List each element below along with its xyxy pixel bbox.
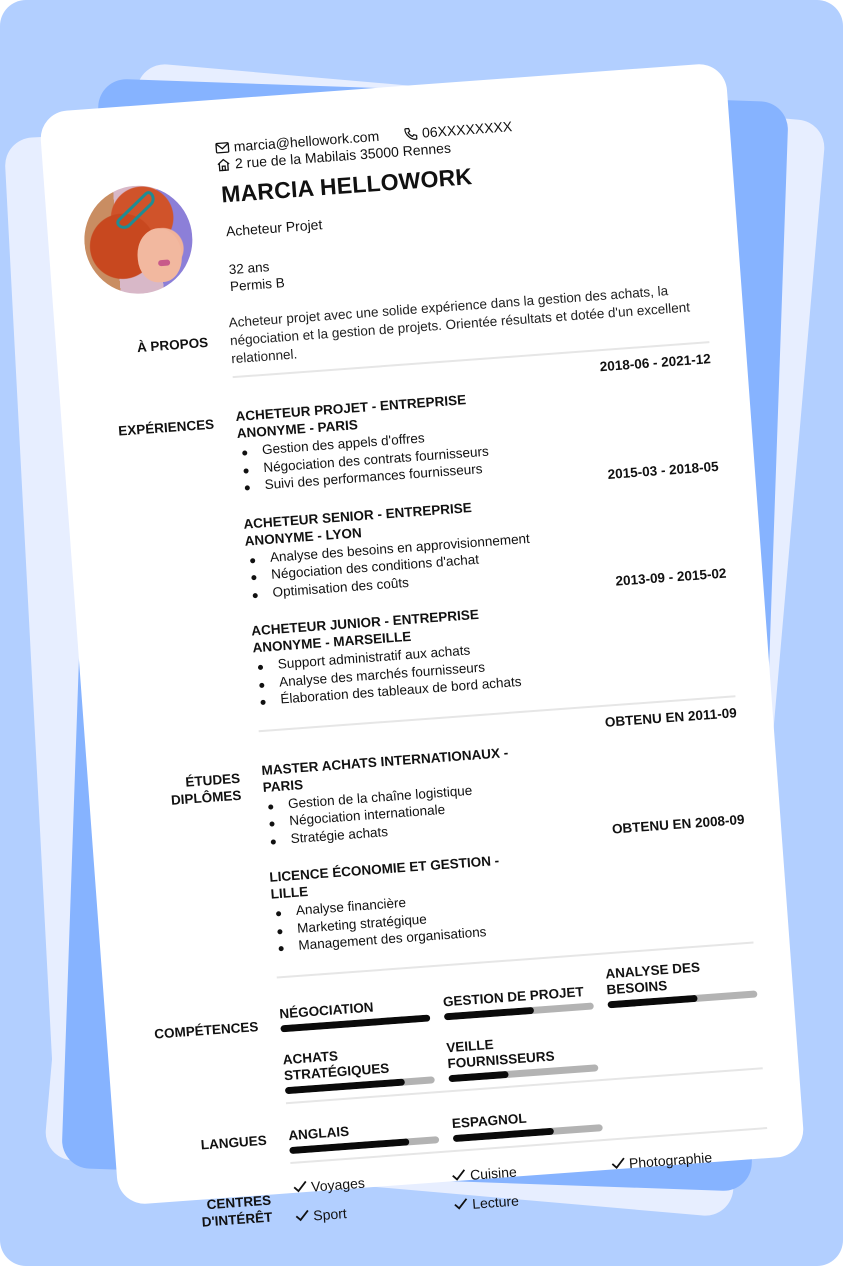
- education-list: OBTENU EN 2011-09Master Achats Internati…: [261, 727, 753, 968]
- section-skills: COMPÉTENCES NégociationGestion de projet…: [140, 951, 762, 1104]
- avatar-face: [136, 227, 184, 284]
- interest-label: Voyages: [311, 1175, 366, 1195]
- section-label-education: ÉTUDES DIPLÔMES: [123, 762, 276, 979]
- checkmark-icon: [294, 1207, 311, 1225]
- skill-item: Gestion de projet: [441, 967, 594, 1020]
- personal-details: 32 ans Permis B: [228, 257, 285, 295]
- section-label-about: À PROPOS: [90, 314, 232, 378]
- section-label-languages: LANGUES: [149, 1118, 289, 1164]
- driving-license: Permis B: [229, 274, 285, 295]
- resume-card: marcia@hellowork.com 06XXXXXXXX 2 rue de…: [39, 62, 805, 1205]
- interest-item: Cuisine: [451, 1156, 611, 1185]
- interest-item: Sport: [294, 1197, 454, 1226]
- interest-item: Lecture: [453, 1185, 613, 1214]
- avatar-glasses: [114, 189, 158, 233]
- skill-item: Négociation: [278, 979, 431, 1032]
- interest-item: Photographie: [609, 1145, 769, 1174]
- skill-item: Achats stratégiques: [282, 1041, 435, 1094]
- experience-list: 2018-06 - 2021-12Acheteur Projet - ENTRE…: [235, 373, 735, 722]
- section-experiences: EXPÉRIENCES 2018-06 - 2021-12Acheteur Pr…: [96, 351, 735, 732]
- job-title: Acheteur Projet: [225, 216, 322, 239]
- education-entry: OBTENU EN 2008-09Licence Économie et Ges…: [269, 834, 752, 956]
- language-item: Espagnol: [451, 1095, 603, 1142]
- language-item: Anglais: [287, 1107, 439, 1154]
- envelope-icon: [214, 140, 230, 156]
- home-icon: [216, 157, 232, 173]
- section-label-skills: COMPÉTENCES: [140, 990, 285, 1104]
- education-dates: OBTENU EN 2011-09: [604, 705, 737, 730]
- checkmark-icon: [451, 1167, 468, 1185]
- checkmark-icon: [609, 1155, 626, 1173]
- interest-label: Photographie: [628, 1149, 712, 1171]
- checkmark-icon: [453, 1196, 470, 1214]
- section-label-interests: CENTRES D'INTÉRÊT: [154, 1180, 295, 1236]
- phone-icon: [403, 126, 419, 142]
- interest-label: Cuisine: [469, 1164, 517, 1183]
- checkmark-icon: [292, 1178, 309, 1196]
- interest-label: Lecture: [472, 1192, 520, 1211]
- avatar-lips: [158, 259, 170, 266]
- skill-item: Veille fournisseurs: [446, 1029, 599, 1082]
- avatar: [81, 182, 197, 298]
- interest-label: Sport: [313, 1205, 348, 1223]
- section-education: ÉTUDES DIPLÔMES OBTENU EN 2011-09Master …: [122, 705, 753, 978]
- experience-entry: 2013-09 - 2015-02Acheteur Junior - ENTRE…: [251, 588, 734, 710]
- experience-dates: 2018-06 - 2021-12: [599, 351, 711, 374]
- interest-item: Voyages: [292, 1168, 452, 1197]
- section-label-experiences: EXPÉRIENCES: [97, 408, 258, 732]
- skill-item: Analyse des besoins: [605, 955, 758, 1008]
- skill-level-fill: [448, 1070, 508, 1081]
- background: marcia@hellowork.com 06XXXXXXXX 2 rue de…: [0, 0, 843, 1266]
